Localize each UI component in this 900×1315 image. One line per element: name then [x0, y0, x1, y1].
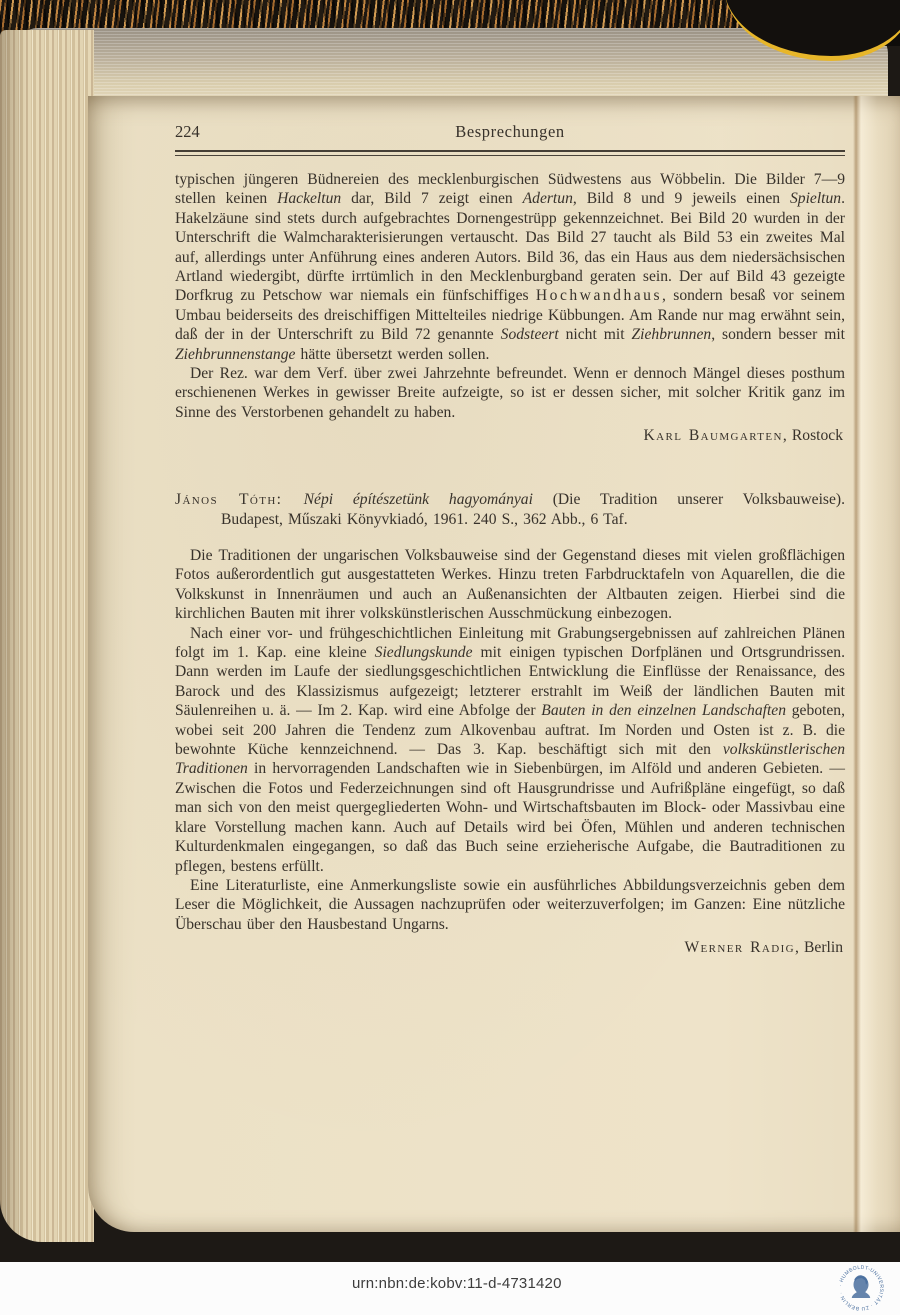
running-title: Besprechungen	[175, 122, 845, 142]
humboldt-university-seal-icon: · HUMBOLDT-UNIVERSITÄT · ZU BERLIN ·	[836, 1263, 886, 1313]
review1-signature: Karl Baumgarten, Rostock	[175, 426, 845, 445]
page-gutter-crease	[853, 96, 900, 1232]
review2-signature: Werner Radig, Berlin	[175, 938, 845, 957]
page-stack-left-edge	[0, 30, 94, 1242]
review1-paragraph-closing: Der Rez. war dem Verf. über zwei Jahrzeh…	[175, 364, 845, 422]
header-rule	[175, 150, 845, 156]
review2-bibliographic-heading: János Tóth: Népi építészetünk hagyománya…	[175, 490, 845, 529]
seal-portrait	[852, 1275, 870, 1298]
review1-paragraph-continuation: typischen jüngeren Büdnereien des meckle…	[175, 170, 845, 364]
review2-heading-line2: Budapest, Műszaki Könyvkiadó, 1961. 240 …	[175, 510, 845, 529]
review2-paragraph-2: Nach einer vor- und frühgeschichtlichen …	[175, 624, 845, 876]
review2-paragraph-1: Die Traditionen der ungarischen Volksbau…	[175, 546, 845, 624]
running-head: 224 Besprechungen	[175, 122, 845, 144]
review-text-block: typischen jüngeren Büdnereien des meckle…	[175, 170, 845, 958]
urn-identifier: urn:nbn:de:kobv:11-d-4731420	[352, 1275, 562, 1292]
review2-paragraph-3: Eine Literaturliste, eine Anmerkungslist…	[175, 876, 845, 934]
book-page: 224 Besprechungen typischen jüngeren Büd…	[88, 96, 900, 1232]
viewer-footer-bar: urn:nbn:de:kobv:11-d-4731420 · HUMBOLDT-…	[0, 1262, 900, 1315]
book-scan-area: 224 Besprechungen typischen jüngeren Büd…	[0, 0, 900, 1262]
review2-heading-line1: János Tóth: Népi építészetünk hagyománya…	[175, 490, 845, 509]
page-content: 224 Besprechungen typischen jüngeren Büd…	[175, 96, 845, 958]
